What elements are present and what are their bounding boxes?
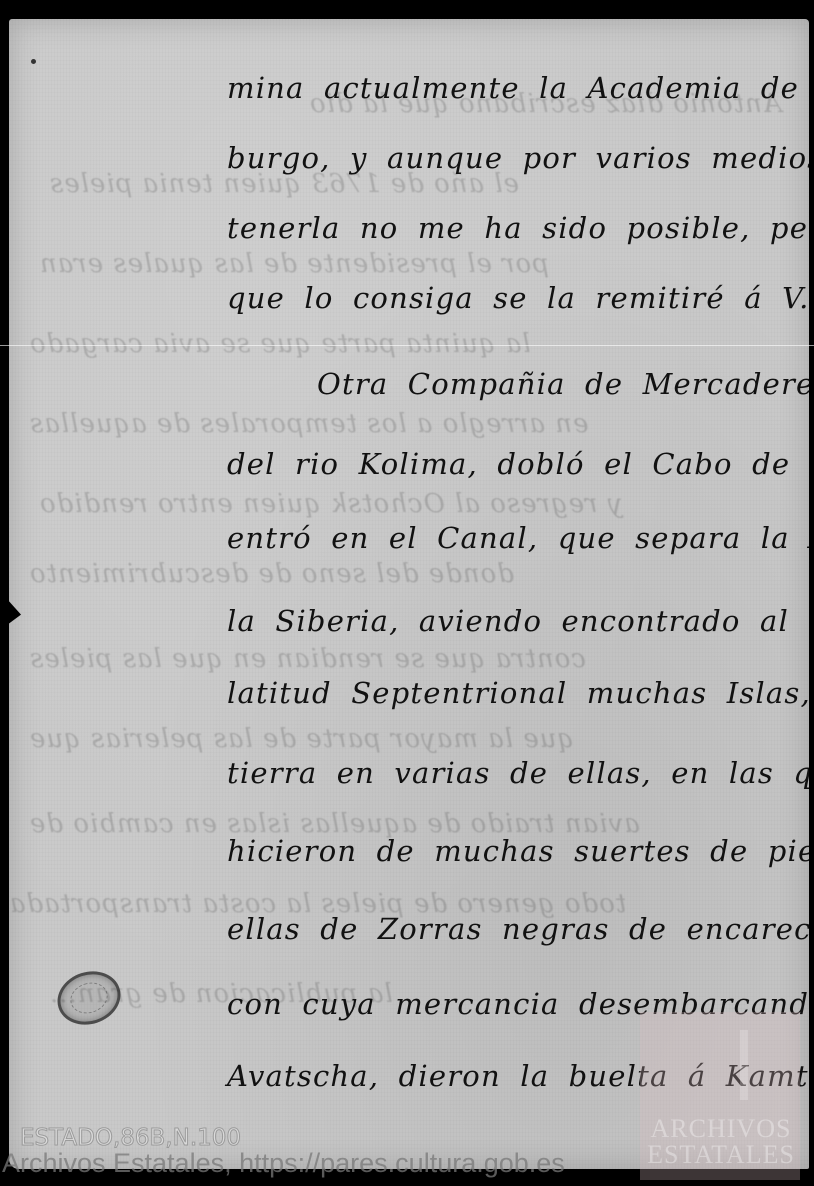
archivos-estatales-logo-icon: ARCHIVOS ESTATALES xyxy=(640,1012,800,1180)
bleed-through-line: que la mayor parte de las pelerias que xyxy=(29,724,574,754)
archive-seal-stamp-icon xyxy=(51,963,128,1032)
bleed-through-line: por el presidente de las quales eran xyxy=(39,249,549,279)
source-watermark: Archivos Estatales, https://pares.cultur… xyxy=(2,1148,565,1179)
bleed-through-line: en arreglo a los temporales de aquellas xyxy=(29,409,588,439)
bleed-through-line: contra que se rendian en que las pieles xyxy=(29,644,586,674)
manuscript-line: latitud Septentrional muchas Islas, salt… xyxy=(227,676,809,710)
manuscript-line: burgo, y aunque por varios medios he sol… xyxy=(227,141,809,175)
bleed-through-line: y regreso al Ochotsk quien entro rendido xyxy=(39,489,623,519)
ink-speck xyxy=(31,59,36,64)
manuscript-line: Otra Compañia de Mercaderes, que salió xyxy=(317,367,809,401)
manuscript-line: hicieron de muchas suertes de pieles, y … xyxy=(227,834,809,868)
logo-column-mark xyxy=(740,1030,748,1100)
manuscript-line: ellas de Zorras negras de encarecido pre… xyxy=(227,912,809,946)
document-viewer: Antonio diaz escribano que la dio el año… xyxy=(0,0,814,1186)
manuscript-line: entró en el Canal, que separa la America… xyxy=(227,521,809,555)
torn-edge xyxy=(9,599,21,625)
manuscript-line: mina actualmente la Academia de S.n Pete… xyxy=(227,71,809,105)
manuscript-line: tierra en varias de ellas, en las quales… xyxy=(227,756,809,790)
manuscript-line: que lo consiga se la remitiré á V.E. xyxy=(227,281,809,315)
scan-fold-line xyxy=(0,345,814,346)
bleed-through-line: la quinta parte que se avia cargado xyxy=(29,329,531,359)
logo-text: ARCHIVOS ESTATALES xyxy=(646,1116,796,1168)
manuscript-line: del rio Kolima, dobló el Cabo de Tschukt… xyxy=(227,447,809,481)
manuscript-page: Antonio diaz escribano que la dio el año… xyxy=(9,19,809,1169)
bleed-through-line: donde del seno de descubrimiento xyxy=(29,559,514,589)
manuscript-line: tenerla no me ha sido posible, pero siem… xyxy=(227,211,809,245)
seal-inner-ring xyxy=(66,978,111,1018)
manuscript-line: la Siberia, aviendo encontrado al grado … xyxy=(227,604,809,638)
